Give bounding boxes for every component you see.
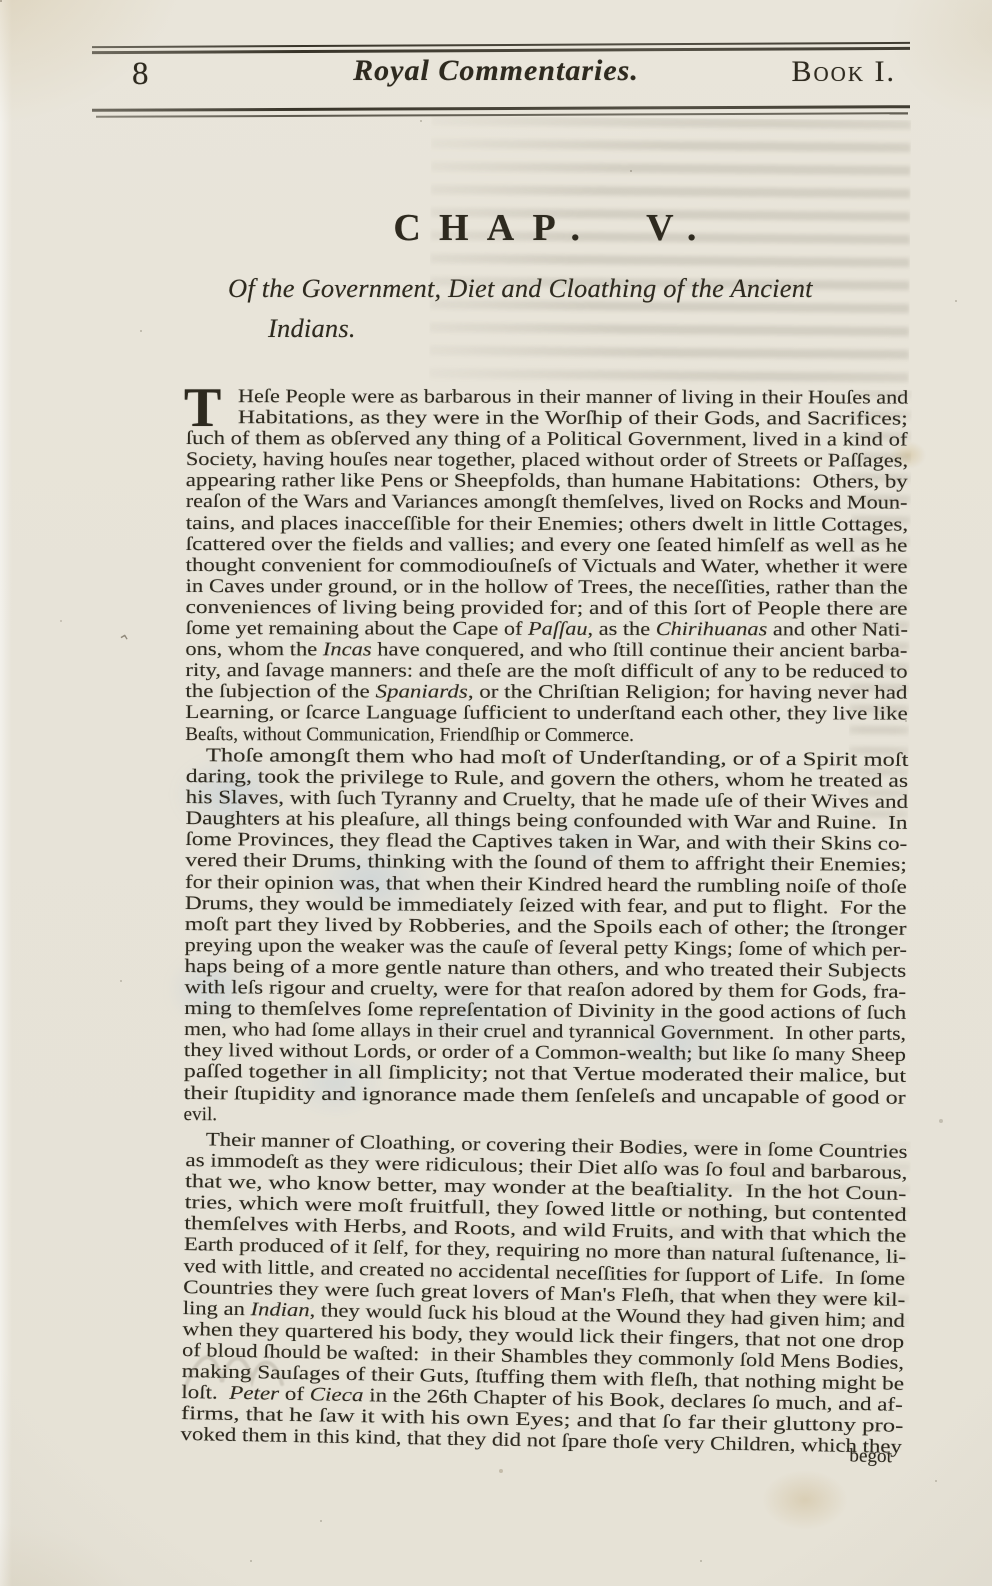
paragraph: Thoſe amongſt them who had moſt of Under… xyxy=(183,745,908,1129)
drop-cap: T xyxy=(184,388,221,428)
text-line: Beaſts, without Communication, Friendſhi… xyxy=(185,723,907,746)
text-line: reaſon of the Wars and Variances amongſt… xyxy=(186,491,908,514)
header-rule-bottom-thin xyxy=(96,112,908,117)
chapter-subtitle-line1: Of the Government, Diet and Cloathing of… xyxy=(228,268,908,308)
text-column: THeſe People were as barbarous in their … xyxy=(186,386,908,1446)
text-line: tains, and places inacceſſible for their… xyxy=(186,513,908,536)
book-page: 8 Royal Commentaries. Book I. CHAP. V. O… xyxy=(0,0,992,1586)
chapter-heading: CHAP. V. xyxy=(186,206,908,250)
text-line: the ſubjection of the Spaniards, or the … xyxy=(185,681,907,704)
text-line: Society, having houſes near together, pl… xyxy=(186,449,908,472)
text-line: ſcattered over the fields and vallies; a… xyxy=(186,534,908,557)
text-line: Habitations, as they were in the Worſhip… xyxy=(186,407,908,430)
margin-caret-mark: ⌃ xyxy=(114,631,133,654)
text-line: rity, and ſavage manners: and theſe are … xyxy=(185,660,907,683)
text-line: Heſe People were as barbarous in their m… xyxy=(186,386,908,409)
text-line: conveniences of living being provided fo… xyxy=(186,597,908,620)
text-line: ſuch of them as obſerved any thing of a … xyxy=(186,428,908,451)
text-line: thought convenient for commodiouſneſs of… xyxy=(186,555,908,578)
text-line: ſome yet remaining about the Cape of Paſ… xyxy=(185,618,907,641)
chapter-subtitle: Of the Government, Diet and Cloathing of… xyxy=(228,268,908,348)
header-rule-bottom-thick xyxy=(92,105,910,112)
text-line: in Caves under ground, or in the hollow … xyxy=(186,576,908,599)
text-line: ons, whom the Incas have conquered, and … xyxy=(185,639,907,662)
pencil-scribble xyxy=(170,1332,330,1412)
text-line: their ſtupidity and ignorance made them … xyxy=(184,1082,906,1108)
paper-speckles xyxy=(0,0,2,2)
text-line: Learning, or ſcarce Language ſufficient … xyxy=(185,702,907,725)
text-line: appearing rather like Pens or Sheepfolds… xyxy=(186,470,908,493)
paragraph: THeſe People were as barbarous in their … xyxy=(185,386,908,746)
chapter-subtitle-line2: Indians. xyxy=(228,308,908,348)
book-label: Book I. xyxy=(792,55,897,89)
